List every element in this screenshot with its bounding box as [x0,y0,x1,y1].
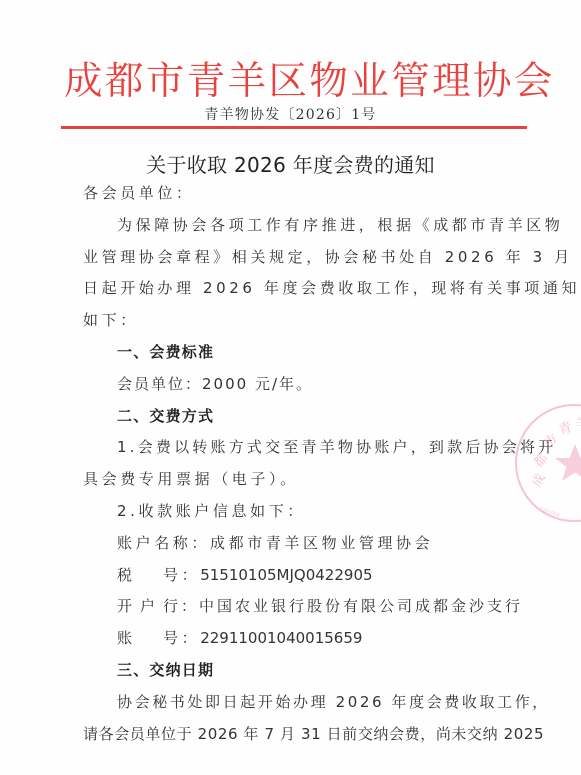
bank-label-1: 开 [117,591,140,623]
account-number-label-1: 账 [117,623,163,655]
svg-text:羊: 羊 [575,417,581,432]
payment-method-line: 1.会费以转账方式交至青羊物协账户，到款后协会将开 [83,432,495,464]
document-page: 成都市青羊区物业管理协会 青羊物协发〔2026〕1号 关于收取 2026 年度会… [0,0,581,775]
tax-id-label-1: 税 [117,560,163,592]
account-name-value: 成都市青羊区物业管理协会 [210,534,433,552]
intro-line: 日起开始办理 2026 年度会费收取工作，现将有关事项通知 [83,273,495,305]
intro-line: 如下： [83,305,495,337]
tax-id-value: 51510105MJQ0422905 [200,566,372,584]
svg-text:都: 都 [531,450,552,471]
fee-standard-line: 会员单位：2000 元/年。 [83,369,495,401]
tax-id-label-2: 号： [163,566,200,584]
bank-value: 中国农业银行股份有限公司成都金沙支行 [199,597,523,615]
deadline-line: 协会秘书处即日起开始办理 2026 年度会费收取工作， [83,687,495,719]
svg-text:青: 青 [557,419,574,438]
payment-method-line: 2.收款账户信息如下： [83,496,495,528]
bank-row: 开户行：中国农业银行股份有限公司成都金沙支行 [83,591,495,623]
account-number-label-2: 号： [163,629,200,647]
bank-label-2: 户 [140,591,163,623]
svg-text:5101050: 5101050 [538,506,560,519]
section-heading-payment-deadline: 三、交纳日期 [83,655,495,687]
deadline-line: 请各会员单位于 2026 年 7 月 31 日前交纳会费，尚未交纳 2025 [83,719,495,751]
intro-line: 业管理协会章程》相关规定，协会秘书处自 2026 年 3 月 9 [83,242,495,274]
svg-text:市: 市 [542,432,561,451]
account-number-value: 22911001040015659 [200,629,362,647]
svg-text:成: 成 [529,471,549,490]
bank-label-3: 行： [163,597,199,615]
section-heading-payment-method: 二、交费方式 [83,401,495,433]
notice-body: 各会员单位： 为保障协会各项工作有序推进，根据《成都市青羊区物 业管理协会章程》… [83,178,495,750]
account-number-row: 账号：22911001040015659 [83,623,495,655]
tax-id-row: 税号：51510105MJQ0422905 [83,560,495,592]
salutation: 各会员单位： [83,178,495,210]
star-icon: 成 都 市 青 羊 区 5101050 [517,406,581,524]
document-number: 青羊物协发〔2026〕1号 [0,106,581,124]
intro-line: 为保障协会各项工作有序推进，根据《成都市青羊区物 [83,210,495,242]
payment-method-line: 具会费专用票据（电子）。 [83,464,495,496]
account-name-row: 账户名称：成都市青羊区物业管理协会 [83,528,495,560]
notice-title: 关于收取 2026 年度会费的通知 [0,150,581,180]
letterhead-divider [61,126,527,129]
official-seal: 成 都 市 青 羊 区 5101050 [515,404,581,522]
letterhead-title: 成都市青羊区物业管理协会 [64,58,519,106]
section-heading-fee-standard: 一、会费标准 [83,337,495,369]
account-name-label: 账户名称： [117,534,210,552]
